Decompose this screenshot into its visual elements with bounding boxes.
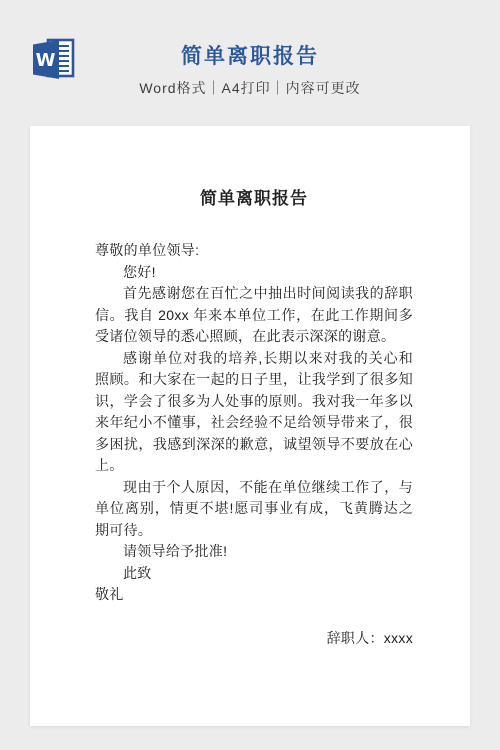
page-canvas: W 简单离职报告 Word格式｜A4打印｜内容可更改 简单离职报告 尊敬的单位领… bbox=[0, 0, 500, 750]
greeting-line: 您好! bbox=[95, 262, 413, 284]
paragraph-reason: 现由于个人原因，不能在单位继续工作了，与单位离别，情更不堪!愿司事业有成，飞黄腾… bbox=[95, 477, 413, 542]
svg-text:W: W bbox=[36, 50, 56, 71]
signature-line: 辞职人：xxxx bbox=[95, 628, 413, 648]
document-page: 简单离职报告 尊敬的单位领导: 您好! 首先感谢您在百忙之中抽出时间阅读我的辞职… bbox=[30, 126, 470, 726]
paragraph-gratitude: 感谢单位对我的培养,长期以来对我的关心和照顾。和大家在一起的日子里，让我学到了很… bbox=[95, 348, 413, 477]
ms-word-icon: W bbox=[30, 37, 76, 82]
paragraph-approval: 请领导给予批准! bbox=[95, 541, 413, 563]
closing-cizhi: 此致 bbox=[95, 563, 413, 585]
document-title: 简单离职报告 bbox=[95, 184, 413, 209]
closing-jingli: 敬礼 bbox=[95, 584, 413, 606]
header: W 简单离职报告 Word格式｜A4打印｜内容可更改 bbox=[0, 0, 500, 98]
paragraph-thanks: 首先感谢您在百忙之中抽出时间阅读我的辞职信。我自 20xx 年来本单位工作，在此… bbox=[95, 283, 413, 348]
salutation-line: 尊敬的单位领导: bbox=[95, 240, 413, 262]
document-body: 尊敬的单位领导: 您好! 首先感谢您在百忙之中抽出时间阅读我的辞职信。我自 20… bbox=[95, 240, 413, 606]
